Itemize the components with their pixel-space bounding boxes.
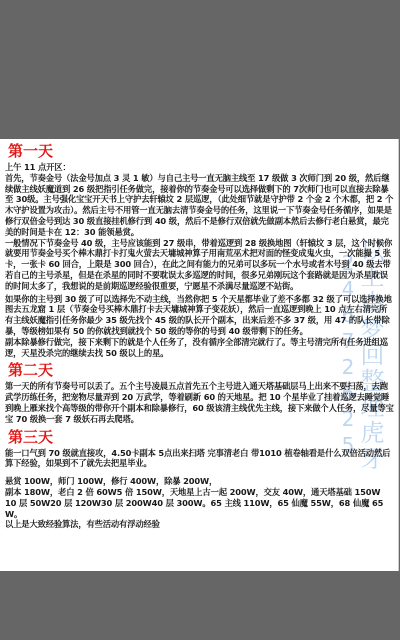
day3-paragraph-1: 能一口气到 70 级就直接攻，4.50卡副本 5点出来扫塔 完事清老白 带101…	[5, 448, 394, 470]
exp-line-4: 以上是大致经验算法，有些活动有浮动经验	[5, 519, 394, 530]
exp-line-2: 副本 180W，老白 2 倍 60W5 倍 150W，天地星上古一起 200W，…	[5, 487, 394, 498]
day1-time: 上午 11 点开区：	[5, 162, 394, 173]
day1-paragraph-4: 副本除暴修行做完，接下来剩下的就是个人任务了，没有循序全部清完就行了。等主号清完…	[5, 337, 394, 359]
day2-paragraph-1: 第一天的所有节奏号可以丢了。五个主号凌晨五点首先五个主号进入通天塔基础层马上出来…	[5, 381, 394, 424]
document-page: 以上由梦回整理虎牙24672625 第一天 上午 11 点开区： 首先，节奏金号…	[0, 139, 399, 571]
guide-content: 第一天 上午 11 点开区： 首先，节奏金号（法金号加点 3 灵 1 敏）与自己…	[0, 142, 398, 530]
exp-line-3: 10 层 50W20 层 120W30 层 200W40 层 300W。65 主…	[5, 498, 394, 520]
day2-heading: 第二天	[8, 361, 394, 379]
day3-heading: 第三天	[8, 428, 394, 446]
day1-paragraph-3: 如果你的主号到 30 级了可以选择先不动主线，当然你把 5 个天星都毕业了差不多…	[5, 294, 394, 337]
exp-line-1: 悬赏 100W，师门 100W，修行 400W，除暴 200W，	[5, 476, 394, 487]
day1-paragraph-1: 首先，节奏金号（法金号加点 3 灵 1 敏）与自己主号一直无脑主线至 17 级做…	[5, 173, 394, 238]
day1-heading: 第一天	[8, 142, 394, 160]
day1-paragraph-2: 一般情况下节奏金号 40 级，主号应该能到 27 级串，带着巡逻到 28 级换地…	[5, 238, 394, 292]
